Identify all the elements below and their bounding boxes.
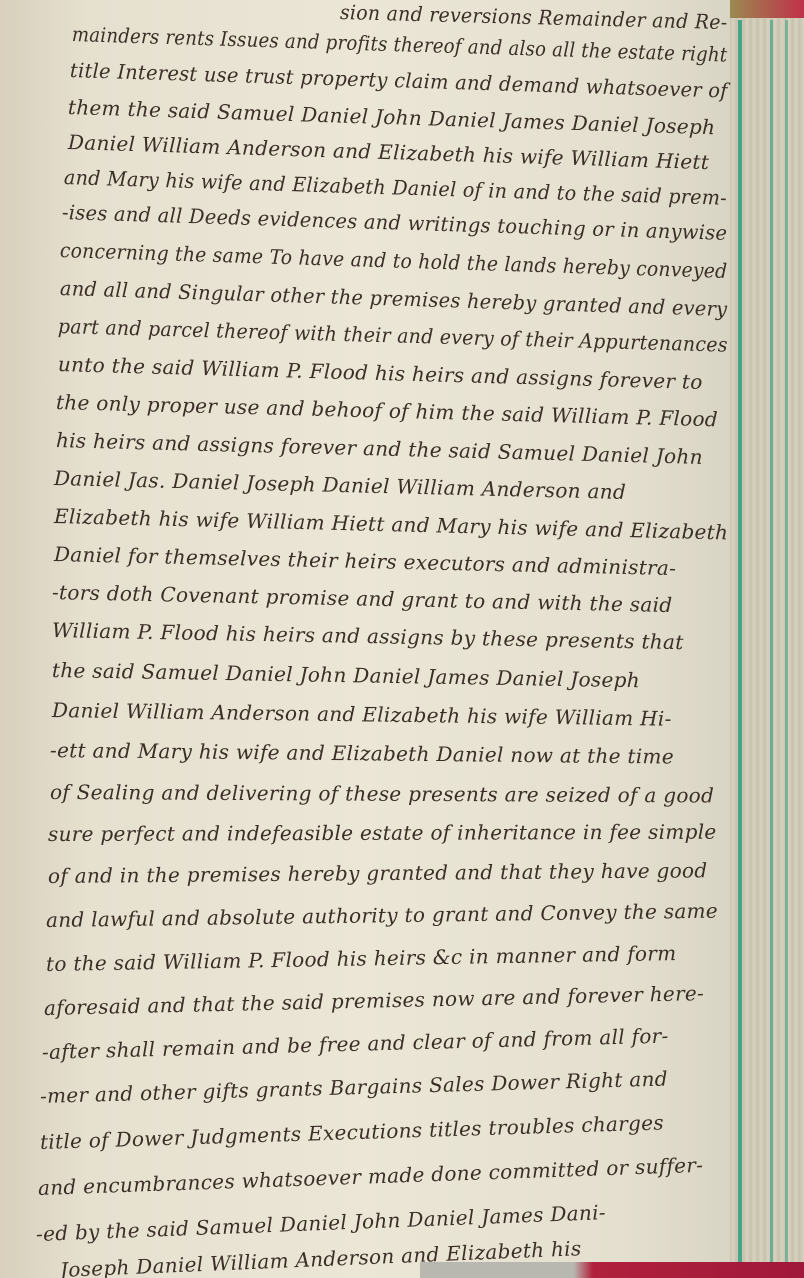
book-cover-corner [730,0,804,18]
green-edge-marking [785,20,788,1278]
green-edge-marking [738,20,742,1278]
text-line: of Sealing and delivering of these prese… [50,780,714,807]
text-line: sure perfect and indefeasible estate of … [48,820,717,846]
green-edge-marking [770,20,773,1278]
